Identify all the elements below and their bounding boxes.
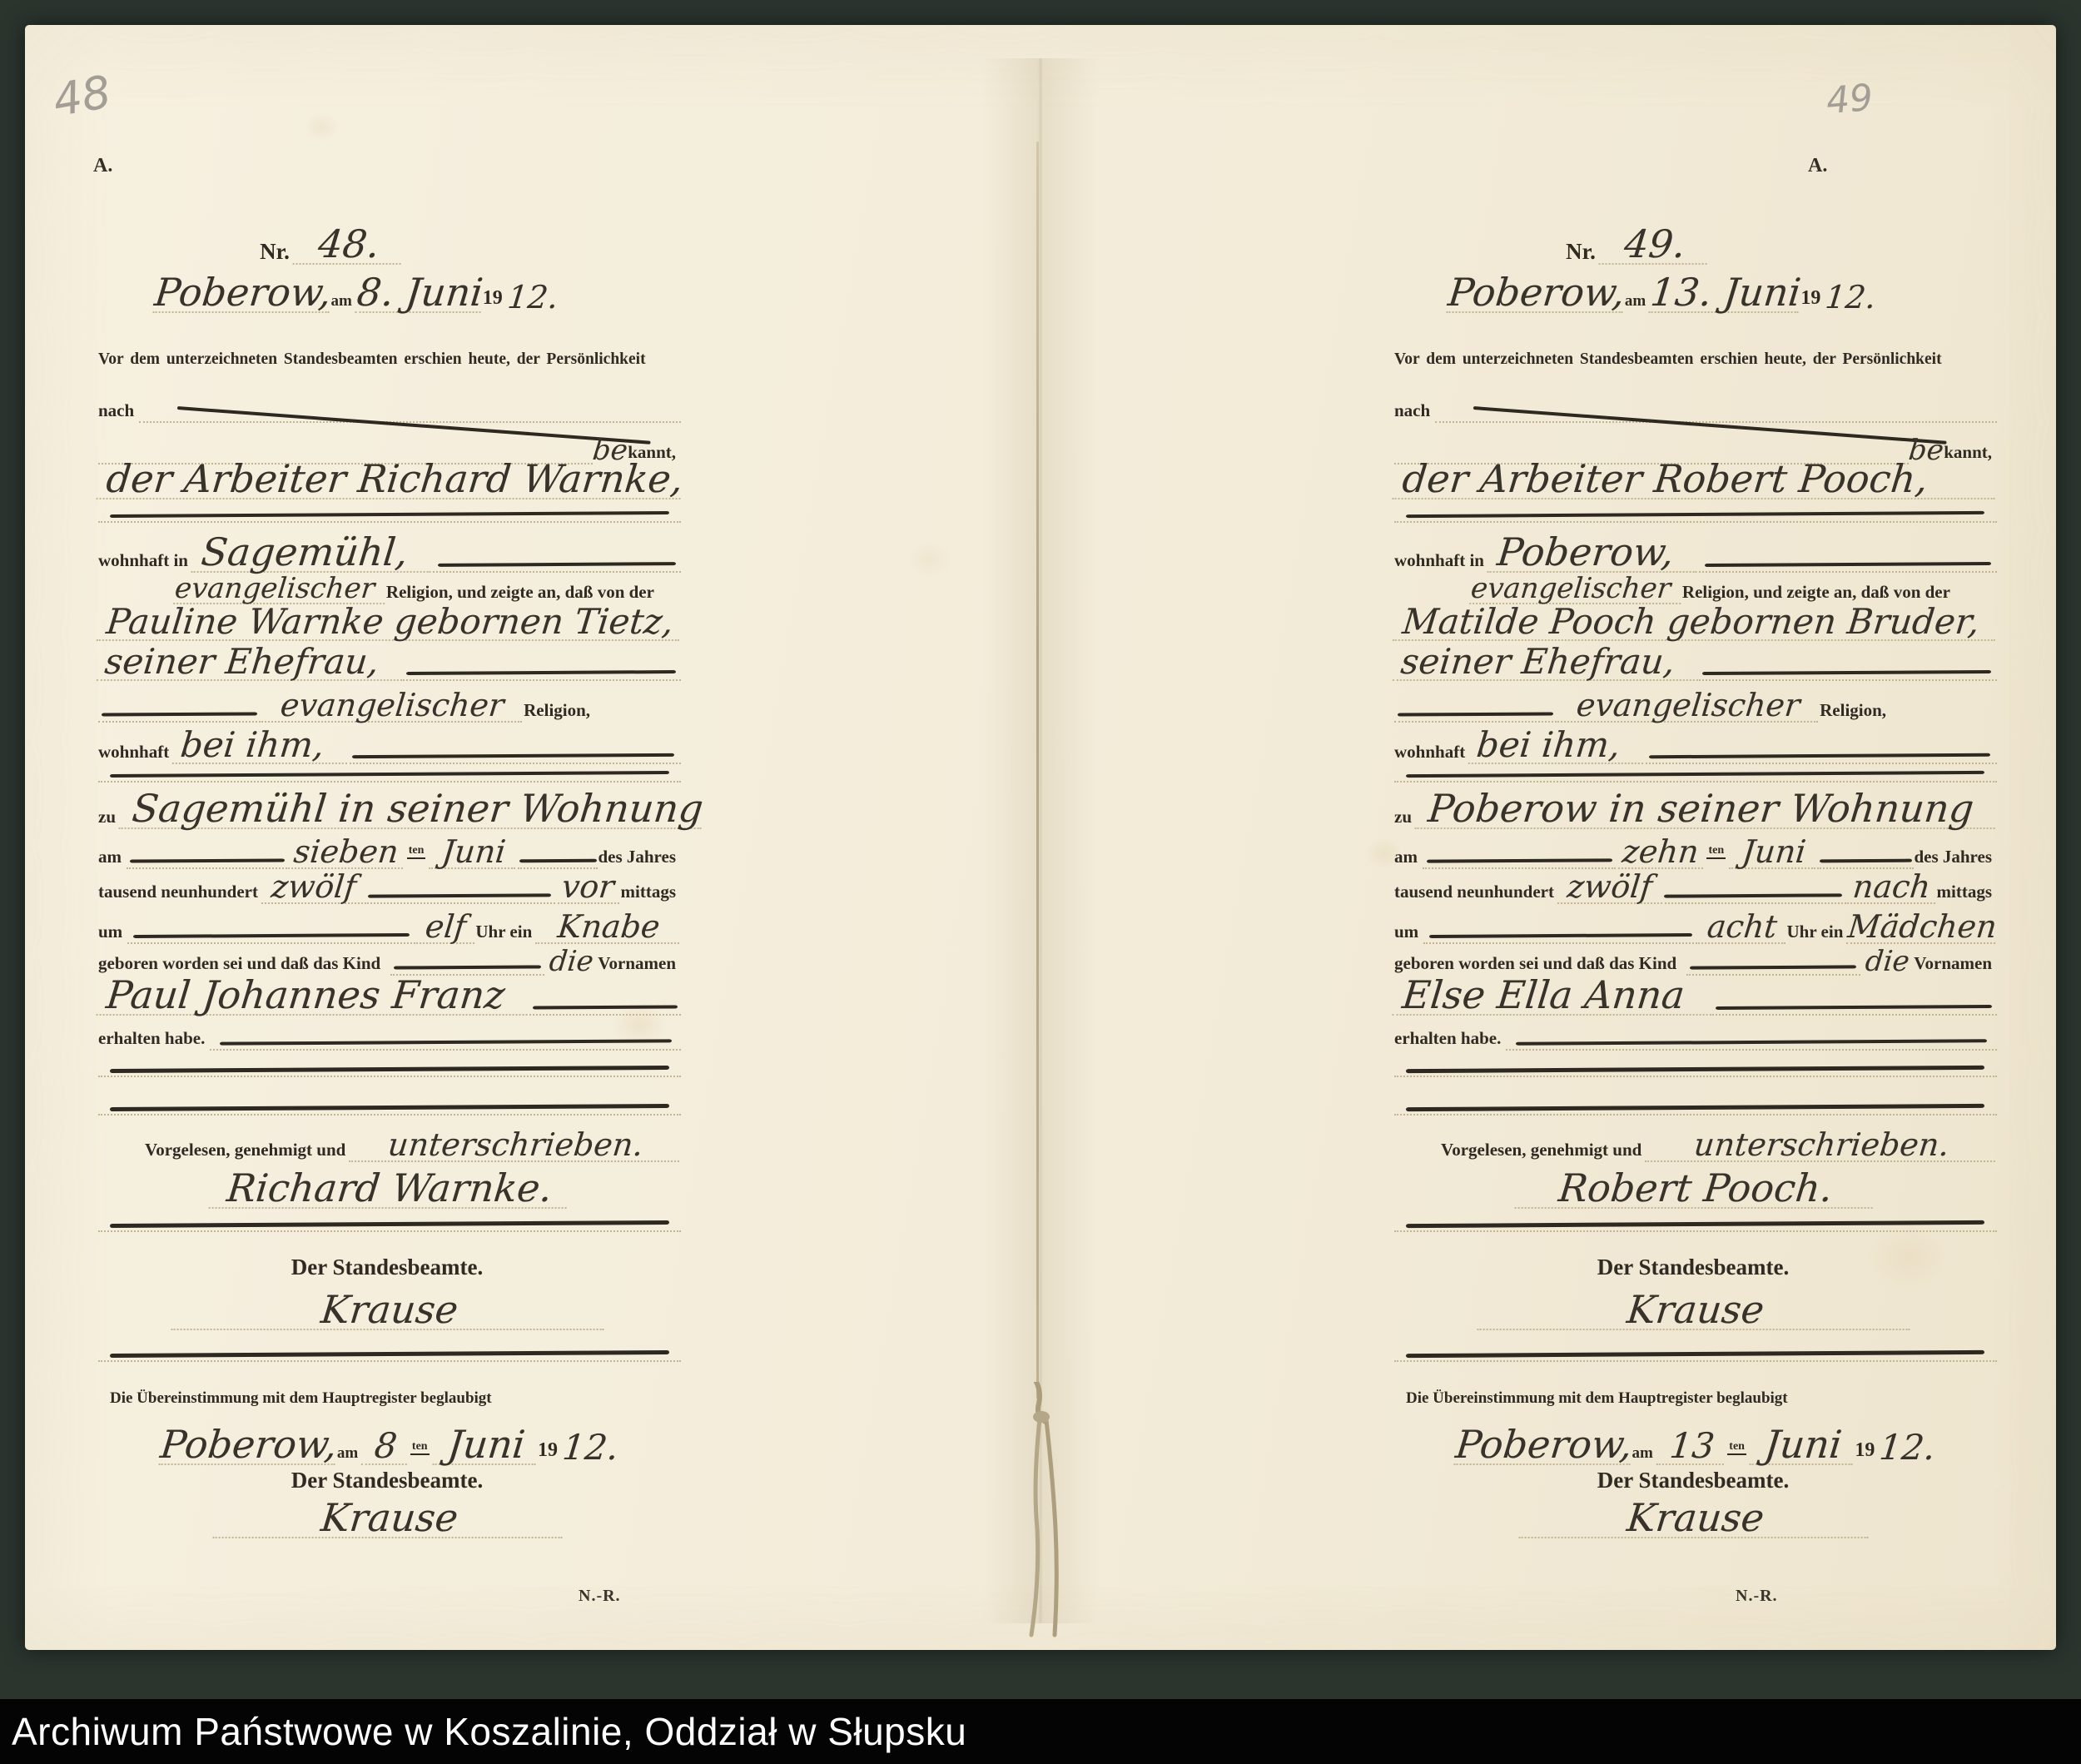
- child-sex: Knabe: [535, 911, 683, 944]
- birth-year-word: zwölf: [1557, 871, 1662, 904]
- cert-year-handwritten: 12.: [561, 1430, 620, 1465]
- place-date-line: Poberow, am 13. Juni 19 12.: [1361, 248, 1964, 313]
- declarant-signature-line: Robert Pooch.: [1394, 1157, 1997, 1209]
- blank-strike-line: [1394, 1210, 1997, 1232]
- archive-caption-bar: Archiwum Państwowe w Koszalinie, Oddział…: [0, 1699, 2081, 1764]
- ehefrau-handwritten: seiner Ehefrau,: [97, 644, 402, 681]
- registrar-title: Der Standesbeamte.: [291, 1255, 488, 1280]
- blank-strike-line: [1394, 1094, 1997, 1116]
- blank-fill: [98, 1064, 681, 1077]
- erhalten-label: erhalten habe.: [1394, 1028, 1506, 1051]
- cert-year-printed: 19: [538, 1439, 563, 1465]
- child-given-names: Else Ella Anna: [1392, 976, 1711, 1016]
- zu-label: zu: [1394, 807, 1417, 829]
- handwritten-strike: [1516, 1039, 1987, 1045]
- certification-date-line: Poberow, am 8 ten Juni 19 12.: [98, 1407, 681, 1465]
- blank-fill: [1506, 1037, 1997, 1051]
- record-date: 13. Juni: [1649, 273, 1803, 313]
- erhalten-label: erhalten habe.: [98, 1028, 210, 1051]
- birth-hour: elf: [414, 911, 478, 944]
- intro-text: Vor dem unterzeichneten Standesbeamten e…: [98, 350, 651, 371]
- certification-day: 13: [1656, 1429, 1728, 1465]
- register-page-right: 49 A. Nr. 49. Poberow, am 13. Juni 19 12…: [1040, 25, 2056, 1650]
- birth-hour-line: um acht Uhr ein Mädchen: [1394, 902, 1997, 944]
- cert-am-label: am: [337, 1444, 363, 1465]
- registrar-signature-line: Krause: [98, 1279, 681, 1330]
- birth-year-word: zwölf: [261, 871, 366, 904]
- handwritten-strike: [1649, 753, 1990, 759]
- declarant-line: der Arbeiter Richard Warnke,: [98, 446, 681, 499]
- handwritten-strike: [102, 712, 257, 716]
- handwritten-strike: [519, 859, 597, 863]
- declarant-signature-line: Richard Warnke.: [98, 1157, 681, 1209]
- register-spread: 48 A. Nr. 48. Poberow, am 8. Juni 19 12.…: [25, 25, 2056, 1650]
- blank-strike-line: [98, 1056, 681, 1077]
- birth-year-line: tausend neunhundert zwölf vor mittags: [98, 864, 681, 904]
- handwritten-strike: [1716, 1005, 1992, 1010]
- lives-with-line: wohnhaft bei ihm,: [98, 721, 681, 764]
- registrar-signature: Krause: [171, 1290, 608, 1330]
- registrar-title-line: Der Standesbeamte.: [1394, 1252, 1997, 1280]
- mother-name: Matilde Pooch gebornen Bruder,: [1393, 604, 1999, 641]
- am-label: am: [330, 292, 356, 313]
- birth-day-line: am sieben ten Juni des Jahres: [98, 827, 681, 869]
- cert-ten-suffix-label: ten: [410, 1441, 430, 1455]
- birthplace-line: zu Sagemühl in seiner Wohnung: [98, 778, 681, 829]
- blank-fill: [1394, 1219, 1997, 1232]
- cert-year-printed: 19: [1855, 1439, 1880, 1465]
- meridiem-handwritten: vor: [554, 871, 623, 904]
- vorgelesen-line: Vorgelesen, genehmigt und unterschrieben…: [98, 1119, 681, 1162]
- mittags-label: mittags: [621, 882, 682, 904]
- blank-fill: [529, 1002, 681, 1016]
- blank-fill: [1641, 751, 1997, 764]
- printers-mark: N.-R.: [579, 1587, 621, 1606]
- record-date: 8. Juni: [355, 273, 484, 313]
- year-handwritten: 12.: [1824, 281, 1877, 313]
- nach-label: nach: [1394, 400, 1435, 423]
- intro-line: Vor dem unterzeichneten Standesbeamten e…: [98, 340, 681, 371]
- bei-ihm-handwritten: bei ihm,: [1468, 728, 1644, 764]
- declarant-signature: Robert Pooch.: [1514, 1169, 1876, 1209]
- mother-line: Matilde Pooch gebornen Bruder,: [1394, 591, 1997, 641]
- given-names-line: Paul Johannes Franz: [98, 962, 681, 1016]
- mittags-label: mittags: [1937, 882, 1998, 904]
- handwritten-strike: [1429, 933, 1692, 938]
- blank-strike-line: [98, 503, 681, 523]
- handwritten-strike: [110, 771, 669, 778]
- blank-fill: [98, 509, 681, 523]
- place-date-line: Poberow, am 8. Juni 19 12.: [65, 248, 648, 313]
- birth-day-line: am zehn ten Juni des Jahres: [1394, 827, 1997, 869]
- handwritten-strike: [110, 511, 669, 518]
- certification-month: Juni: [1749, 1425, 1856, 1465]
- meridiem-handwritten: nach: [1845, 871, 1939, 904]
- religion2: evangelischer: [1555, 689, 1821, 723]
- handwritten-strike: [1406, 1220, 1984, 1228]
- mother-name: Pauline Warnke gebornen Tietz,: [97, 604, 683, 641]
- intro-line: Vor dem unterzeichneten Standesbeamten e…: [1394, 340, 1997, 371]
- ehefrau-line: seiner Ehefrau,: [98, 638, 681, 681]
- blank-fill: [1394, 1064, 1997, 1077]
- blank-fill: [400, 668, 681, 681]
- wohnhaft-label: wohnhaft: [1394, 742, 1470, 764]
- handwritten-strike: [1406, 771, 1984, 778]
- handwritten-strike: [352, 753, 674, 758]
- blank-fill: [1696, 668, 1997, 681]
- blank-strike-line: [1394, 1340, 1997, 1362]
- handwritten-strike: [130, 858, 285, 862]
- religion2-rest-label: Religion,: [1820, 700, 1891, 723]
- birthplace: Sagemühl in seiner Wohnung: [118, 789, 705, 829]
- ten-suffix-label: ten: [407, 845, 426, 859]
- lives-with-line: wohnhaft bei ihm,: [1394, 721, 1997, 764]
- register-page-left: 48 A. Nr. 48. Poberow, am 8. Juni 19 12.…: [25, 25, 1040, 1650]
- blank-strike-line: [98, 1340, 681, 1362]
- religion2-line: evangelischer Religion,: [1394, 681, 1997, 723]
- blank-strike-line: [98, 1210, 681, 1232]
- certification-date-line: Poberow, am 13 ten Juni 19 12.: [1394, 1407, 1997, 1465]
- handwritten-strike: [220, 1039, 672, 1045]
- blank-fill: [1394, 509, 1997, 523]
- mother-line: Pauline Warnke gebornen Tietz,: [98, 591, 681, 641]
- nach-label: nach: [98, 400, 139, 423]
- religion2-rest-label: Religion,: [524, 700, 595, 723]
- religion2-line: evangelischer Religion,: [98, 681, 681, 723]
- cert-am-label: am: [1632, 1444, 1658, 1465]
- birth-hour-line: um elf Uhr ein Knabe: [98, 902, 681, 944]
- erhalten-line: erhalten habe.: [1394, 1016, 1997, 1051]
- bei-ihm-handwritten: bei ihm,: [172, 728, 348, 764]
- archive-caption: Archiwum Państwowe w Koszalinie, Oddział…: [12, 1712, 966, 1751]
- birthplace: Poberow in seiner Wohnung: [1414, 789, 1999, 829]
- tausend-label: tausend neunhundert: [98, 882, 263, 904]
- handwritten-strike: [1820, 859, 1912, 863]
- handwritten-strike: [133, 933, 410, 938]
- tausend-label: tausend neunhundert: [1394, 882, 1559, 904]
- residence-line: wohnhaft in Sagemühl,: [98, 523, 681, 573]
- blank-fill: [98, 1102, 681, 1116]
- cert-year-handwritten: 12.: [1878, 1430, 1937, 1465]
- birthplace-line: zu Poberow in seiner Wohnung: [1394, 778, 1997, 829]
- given-names-line: Else Ella Anna: [1394, 962, 1997, 1016]
- declarant-line: der Arbeiter Robert Pooch,: [1394, 446, 1997, 499]
- handwritten-strike: [110, 1104, 669, 1111]
- registrar-signature-line-2: Krause: [98, 1490, 681, 1538]
- form-column: Nr. 48. Poberow, am 8. Juni 19 12. Vor d…: [98, 25, 681, 1650]
- ehefrau-line: seiner Ehefrau,: [1394, 638, 1997, 681]
- printers-mark: N.-R.: [1736, 1587, 1778, 1606]
- handwritten-strike: [368, 893, 551, 897]
- registrar-title: Der Standesbeamte.: [1597, 1255, 1794, 1280]
- year-printed: 19: [483, 287, 508, 313]
- residence-line: wohnhaft in Poberow,: [1394, 523, 1997, 573]
- ten-suffix-label: ten: [1706, 845, 1726, 859]
- handwritten-strike: [1406, 1350, 1984, 1358]
- year-printed: 19: [1800, 287, 1825, 313]
- birth-hour: acht: [1696, 911, 1789, 944]
- certification-place: Poberow,: [1453, 1425, 1634, 1465]
- form-column: Nr. 49. Poberow, am 13. Juni 19 12. Vor …: [1394, 25, 1997, 1650]
- handwritten-strike: [406, 670, 676, 675]
- vorgelesen-line: Vorgelesen, genehmigt und unterschrieben…: [1394, 1119, 1997, 1162]
- religion2: evangelischer: [259, 689, 525, 723]
- handwritten-strike: [533, 1005, 678, 1009]
- blank-fill: [1394, 1102, 1997, 1116]
- record-place: Poberow,: [1447, 273, 1627, 313]
- handwritten-strike: [1406, 1066, 1984, 1073]
- registrar-signature-line: Krause: [1394, 1279, 1997, 1330]
- blank-fill: [345, 751, 681, 764]
- intro-text: Vor dem unterzeichneten Standesbeamten e…: [1394, 350, 1947, 371]
- blank-fill: [1394, 1349, 1997, 1362]
- certification-place: Poberow,: [159, 1425, 340, 1465]
- nach-line: nach: [98, 383, 681, 423]
- record-place: Poberow,: [152, 273, 333, 313]
- handwritten-strike: [1702, 670, 1991, 675]
- handwritten-strike: [110, 1350, 669, 1358]
- handwritten-strike: [1427, 858, 1612, 862]
- handwritten-strike: [1406, 511, 1984, 518]
- blank-fill: [98, 1219, 681, 1232]
- declarant-signature: Richard Warnke.: [208, 1169, 570, 1209]
- handwritten-strike: [110, 1220, 669, 1228]
- wohnhaft-label: wohnhaft: [98, 742, 174, 764]
- handwritten-strike: [1398, 712, 1553, 716]
- blank-strike-line: [1394, 1056, 1997, 1077]
- declarant-name: der Arbeiter Richard Warnke,: [96, 460, 684, 499]
- handwritten-strike: [1406, 1104, 1984, 1111]
- handwritten-strike: [1664, 893, 1842, 897]
- blank-strike-line: [1394, 503, 1997, 523]
- birth-year-line: tausend neunhundert zwölf nach mittags: [1394, 864, 1997, 904]
- nach-line: nach: [1394, 383, 1997, 423]
- blank-fill: [98, 1349, 681, 1362]
- registrar-signature-2: Krause: [212, 1498, 566, 1538]
- blank-fill: [210, 1037, 681, 1051]
- child-given-names: Paul Johannes Franz: [96, 976, 531, 1016]
- cert-ten-suffix-label: ten: [1727, 1441, 1746, 1455]
- year-handwritten: 12.: [506, 281, 559, 313]
- blank-fill: [1710, 1002, 1997, 1016]
- blank-strike-line: [98, 1094, 681, 1116]
- certification-day: 8: [361, 1429, 410, 1465]
- am-label: am: [1625, 292, 1651, 313]
- zu-label: zu: [98, 807, 121, 829]
- registrar-title-line: Der Standesbeamte.: [98, 1252, 681, 1280]
- child-sex: Mädchen: [1846, 911, 1999, 944]
- declarant-name: der Arbeiter Robert Pooch,: [1392, 460, 1999, 499]
- registrar-signature: Krause: [1477, 1290, 1914, 1330]
- registrar-signature-line-2: Krause: [1394, 1490, 1997, 1538]
- erhalten-line: erhalten habe.: [98, 1016, 681, 1051]
- registrar-signature-2: Krause: [1518, 1498, 1872, 1538]
- handwritten-strike: [110, 1066, 669, 1073]
- certification-month: Juni: [432, 1425, 539, 1465]
- ehefrau-handwritten: seiner Ehefrau,: [1393, 644, 1698, 681]
